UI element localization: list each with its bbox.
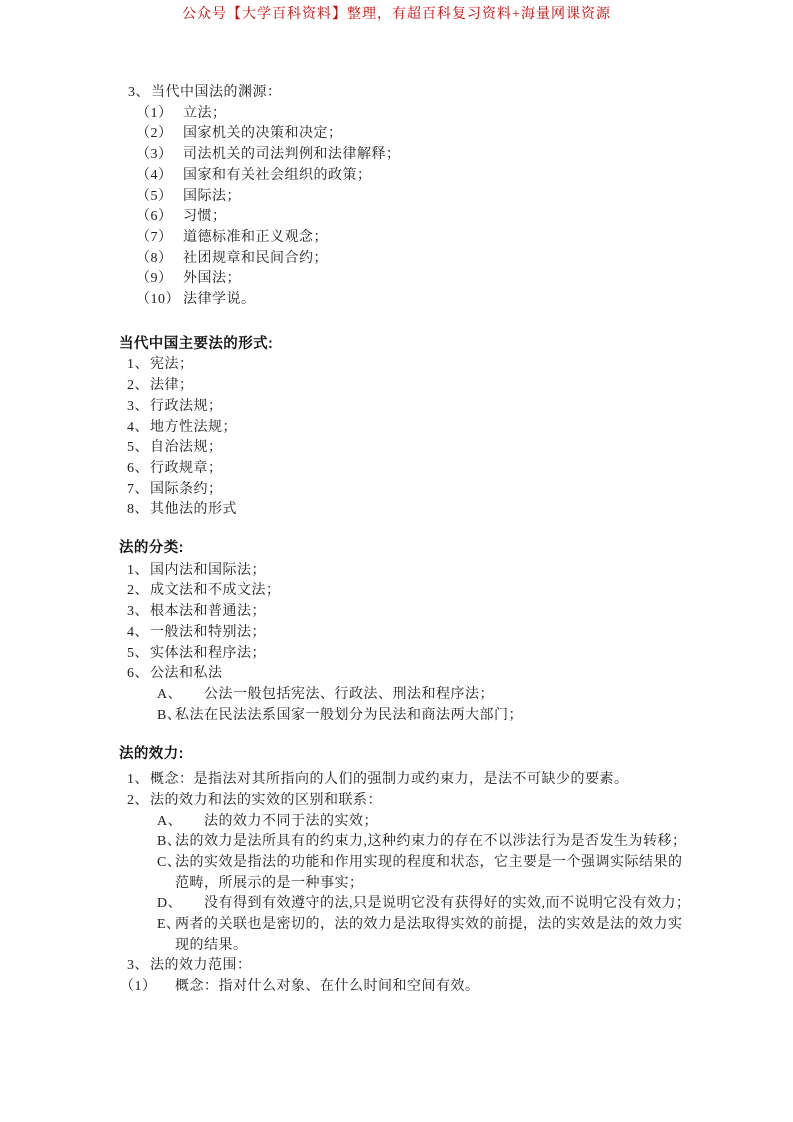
list-item: 6、 行政规章； — [127, 459, 751, 480]
item-text: 成文法和不成文法； — [150, 581, 751, 602]
list-item: （3） 司法机关的司法判例和法律解释； — [136, 145, 751, 166]
item-text: 实体法和程序法； — [150, 644, 751, 665]
page-header: 公众号【大学百科资料】整理，有超百科复习资料+海量网课资源 — [0, 0, 793, 22]
item-marker: B、 — [157, 706, 175, 727]
sub-list-item: A、 公法一般包括宪法、行政法、刑法和程序法； — [157, 685, 751, 706]
item-text: 宪法； — [150, 355, 751, 376]
section-heading-classification: 法的分类: — [119, 538, 751, 559]
section-heading-validity: 法的效力: — [119, 744, 751, 765]
item-marker: （9） — [136, 269, 183, 290]
item-text: 习惯； — [183, 207, 751, 228]
item-text: 公法一般包括宪法、行政法、刑法和程序法； — [175, 685, 751, 706]
item-text: 法的效力不同于法的实效； — [175, 812, 751, 833]
item-marker: 3、 — [127, 956, 150, 977]
section-law-forms: 1、 宪法； 2、 法律； 3、 行政法规； 4、 地方性法规； 5、 自治法规… — [119, 355, 751, 521]
list-item: 4、 一般法和特别法； — [127, 623, 751, 644]
item-marker: 3、 — [128, 83, 151, 104]
list-item: （1） 概念：指对什么对象、在什么时间和空间有效。 — [120, 977, 751, 998]
list-item: （2） 国家机关的决策和决定； — [136, 124, 751, 145]
item-text: 法律学说。 — [183, 290, 751, 311]
item-text: 法的效力范围： — [150, 956, 751, 977]
item-text: 立法； — [183, 104, 751, 125]
item-marker: 3、 — [127, 397, 150, 418]
list-item: 1、 国内法和国际法； — [127, 561, 751, 582]
item-text: 行政法规； — [150, 397, 751, 418]
item-marker: （3） — [136, 145, 183, 166]
list-item: （10） 法律学说。 — [136, 290, 751, 311]
item-text: 两者的关联也是密切的，法的效力是法取得实效的前提，法的实效是法的效力实 现的结果… — [175, 915, 751, 956]
item-text: 法的效力是法所具有的约束力,这种约束力的存在不以涉法行为是否发生为转移； — [175, 832, 751, 853]
list-item: 2、 法的效力和法的实效的区别和联系： — [127, 791, 751, 812]
item-text: 自治法规； — [150, 438, 751, 459]
sub-list-item: D、 没有得到有效遵守的法,只是说明它没有获得好的实效,而不说明它没有效力； — [157, 894, 751, 915]
item-text: 私法在民法法系国家一般划分为民法和商法两大部门； — [175, 706, 751, 727]
list-item: （5） 国际法； — [136, 187, 751, 208]
sub-list-item: C、 法的实效是指法的功能和作用实现的程度和状态，它主要是一个强调实际结果的 范… — [157, 853, 751, 894]
list-item: 2、 法律； — [127, 376, 751, 397]
item-marker: 5、 — [127, 438, 150, 459]
list-item: 4、 地方性法规； — [127, 418, 751, 439]
item-text: 概念：指对什么对象、在什么时间和空间有效。 — [175, 977, 751, 998]
item-marker: （10） — [136, 290, 183, 311]
list-item: 7、 国际条约； — [127, 480, 751, 501]
item-marker: （6） — [136, 207, 183, 228]
item-text: 一般法和特别法； — [150, 623, 751, 644]
item-text: 概念：是指法对其所指向的人们的强制力或约束力，是法不可缺少的要素。 — [150, 770, 751, 791]
item-marker: （2） — [136, 124, 183, 145]
section-heading-forms: 当代中国主要法的形式: — [119, 334, 751, 355]
item-marker: 6、 — [127, 664, 150, 685]
item-marker: （1） — [136, 104, 183, 125]
item-marker: C、 — [157, 853, 175, 874]
section-law-sources: 3、 当代中国法的渊源： （1） 立法； （2） 国家机关的决策和决定； （3）… — [119, 83, 751, 311]
item-text: 行政规章； — [150, 459, 751, 480]
list-item: 5、 自治法规； — [127, 438, 751, 459]
list-item: 1、 宪法； — [127, 355, 751, 376]
section-law-classification: 1、 国内法和国际法； 2、 成文法和不成文法； 3、 根本法和普通法； 4、 … — [119, 561, 751, 727]
item-marker: 6、 — [127, 459, 150, 480]
section-law-validity: 1、 概念：是指法对其所指向的人们的强制力或约束力，是法不可缺少的要素。 2、 … — [119, 770, 751, 998]
item-text: 公法和私法 — [150, 664, 751, 685]
list-item: 1、 概念：是指法对其所指向的人们的强制力或约束力，是法不可缺少的要素。 — [127, 770, 751, 791]
item-text: 法的效力和法的实效的区别和联系： — [150, 791, 751, 812]
list-item: 3、 法的效力范围： — [127, 956, 751, 977]
item-marker: 3、 — [127, 602, 150, 623]
item-marker: 2、 — [127, 791, 150, 812]
item-text: 没有得到有效遵守的法,只是说明它没有获得好的实效,而不说明它没有效力； — [175, 894, 751, 915]
item-text: 国际法； — [183, 187, 751, 208]
item-marker: B、 — [157, 832, 175, 853]
item-text: 道德标准和正义观念； — [183, 228, 751, 249]
list-item: （6） 习惯； — [136, 207, 751, 228]
document-content: 3、 当代中国法的渊源： （1） 立法； （2） 国家机关的决策和决定； （3）… — [119, 83, 751, 998]
list-item: 3、 行政法规； — [127, 397, 751, 418]
item-text: 国家和有关社会组织的政策； — [183, 166, 751, 187]
item-text: 社团规章和民间合约； — [183, 249, 751, 270]
item-marker: （1） — [120, 977, 175, 998]
item-text: 当代中国法的渊源： — [151, 83, 751, 104]
item-marker: 7、 — [127, 480, 150, 501]
item-marker: （5） — [136, 187, 183, 208]
sub-list-item: B、 私法在民法法系国家一般划分为民法和商法两大部门； — [157, 706, 751, 727]
item-marker: 4、 — [127, 623, 150, 644]
item-marker: 2、 — [127, 376, 150, 397]
item-marker: 5、 — [127, 644, 150, 665]
item-text: 法的实效是指法的功能和作用实现的程度和状态，它主要是一个强调实际结果的 范畴，所… — [175, 853, 751, 894]
sub-list-item: B、 法的效力是法所具有的约束力,这种约束力的存在不以涉法行为是否发生为转移； — [157, 832, 751, 853]
item-marker: （8） — [136, 249, 183, 270]
list-item: （8） 社团规章和民间合约； — [136, 249, 751, 270]
item-marker: （7） — [136, 228, 183, 249]
document-page: 公众号【大学百科资料】整理，有超百科复习资料+海量网课资源 3、 当代中国法的渊… — [0, 0, 793, 1122]
item-text: 法律； — [150, 376, 751, 397]
item-marker: A、 — [157, 812, 175, 833]
item-marker: E、 — [157, 915, 175, 936]
list-item: 6、 公法和私法 — [127, 664, 751, 685]
list-item: 2、 成文法和不成文法； — [127, 581, 751, 602]
item-text: 外国法； — [183, 269, 751, 290]
item-marker: 1、 — [127, 561, 150, 582]
list-item: 8、 其他法的形式 — [127, 500, 751, 521]
item-marker: （4） — [136, 166, 183, 187]
list-item: 3、 根本法和普通法； — [127, 602, 751, 623]
item-text: 国内法和国际法； — [150, 561, 751, 582]
item-text: 国际条约； — [150, 480, 751, 501]
item-text: 司法机关的司法判例和法律解释； — [183, 145, 751, 166]
item-marker: 1、 — [127, 355, 150, 376]
item-marker: D、 — [157, 894, 175, 915]
list-item: 3、 当代中国法的渊源： — [128, 83, 751, 104]
list-item: （7） 道德标准和正义观念； — [136, 228, 751, 249]
item-text: 根本法和普通法； — [150, 602, 751, 623]
item-marker: A、 — [157, 685, 175, 706]
list-item: （1） 立法； — [136, 104, 751, 125]
item-marker: 2、 — [127, 581, 150, 602]
item-text: 其他法的形式 — [150, 500, 751, 521]
sub-list-item: A、 法的效力不同于法的实效； — [157, 812, 751, 833]
list-item: （4） 国家和有关社会组织的政策； — [136, 166, 751, 187]
item-marker: 4、 — [127, 418, 150, 439]
list-item: 5、 实体法和程序法； — [127, 644, 751, 665]
sub-list-item: E、 两者的关联也是密切的，法的效力是法取得实效的前提，法的实效是法的效力实 现… — [157, 915, 751, 956]
item-text: 地方性法规； — [150, 418, 751, 439]
item-text: 国家机关的决策和决定； — [183, 124, 751, 145]
list-item: （9） 外国法； — [136, 269, 751, 290]
header-text: 公众号【大学百科资料】整理，有超百科复习资料+海量网课资源 — [182, 7, 611, 22]
item-marker: 1、 — [127, 770, 150, 791]
item-marker: 8、 — [127, 500, 150, 521]
